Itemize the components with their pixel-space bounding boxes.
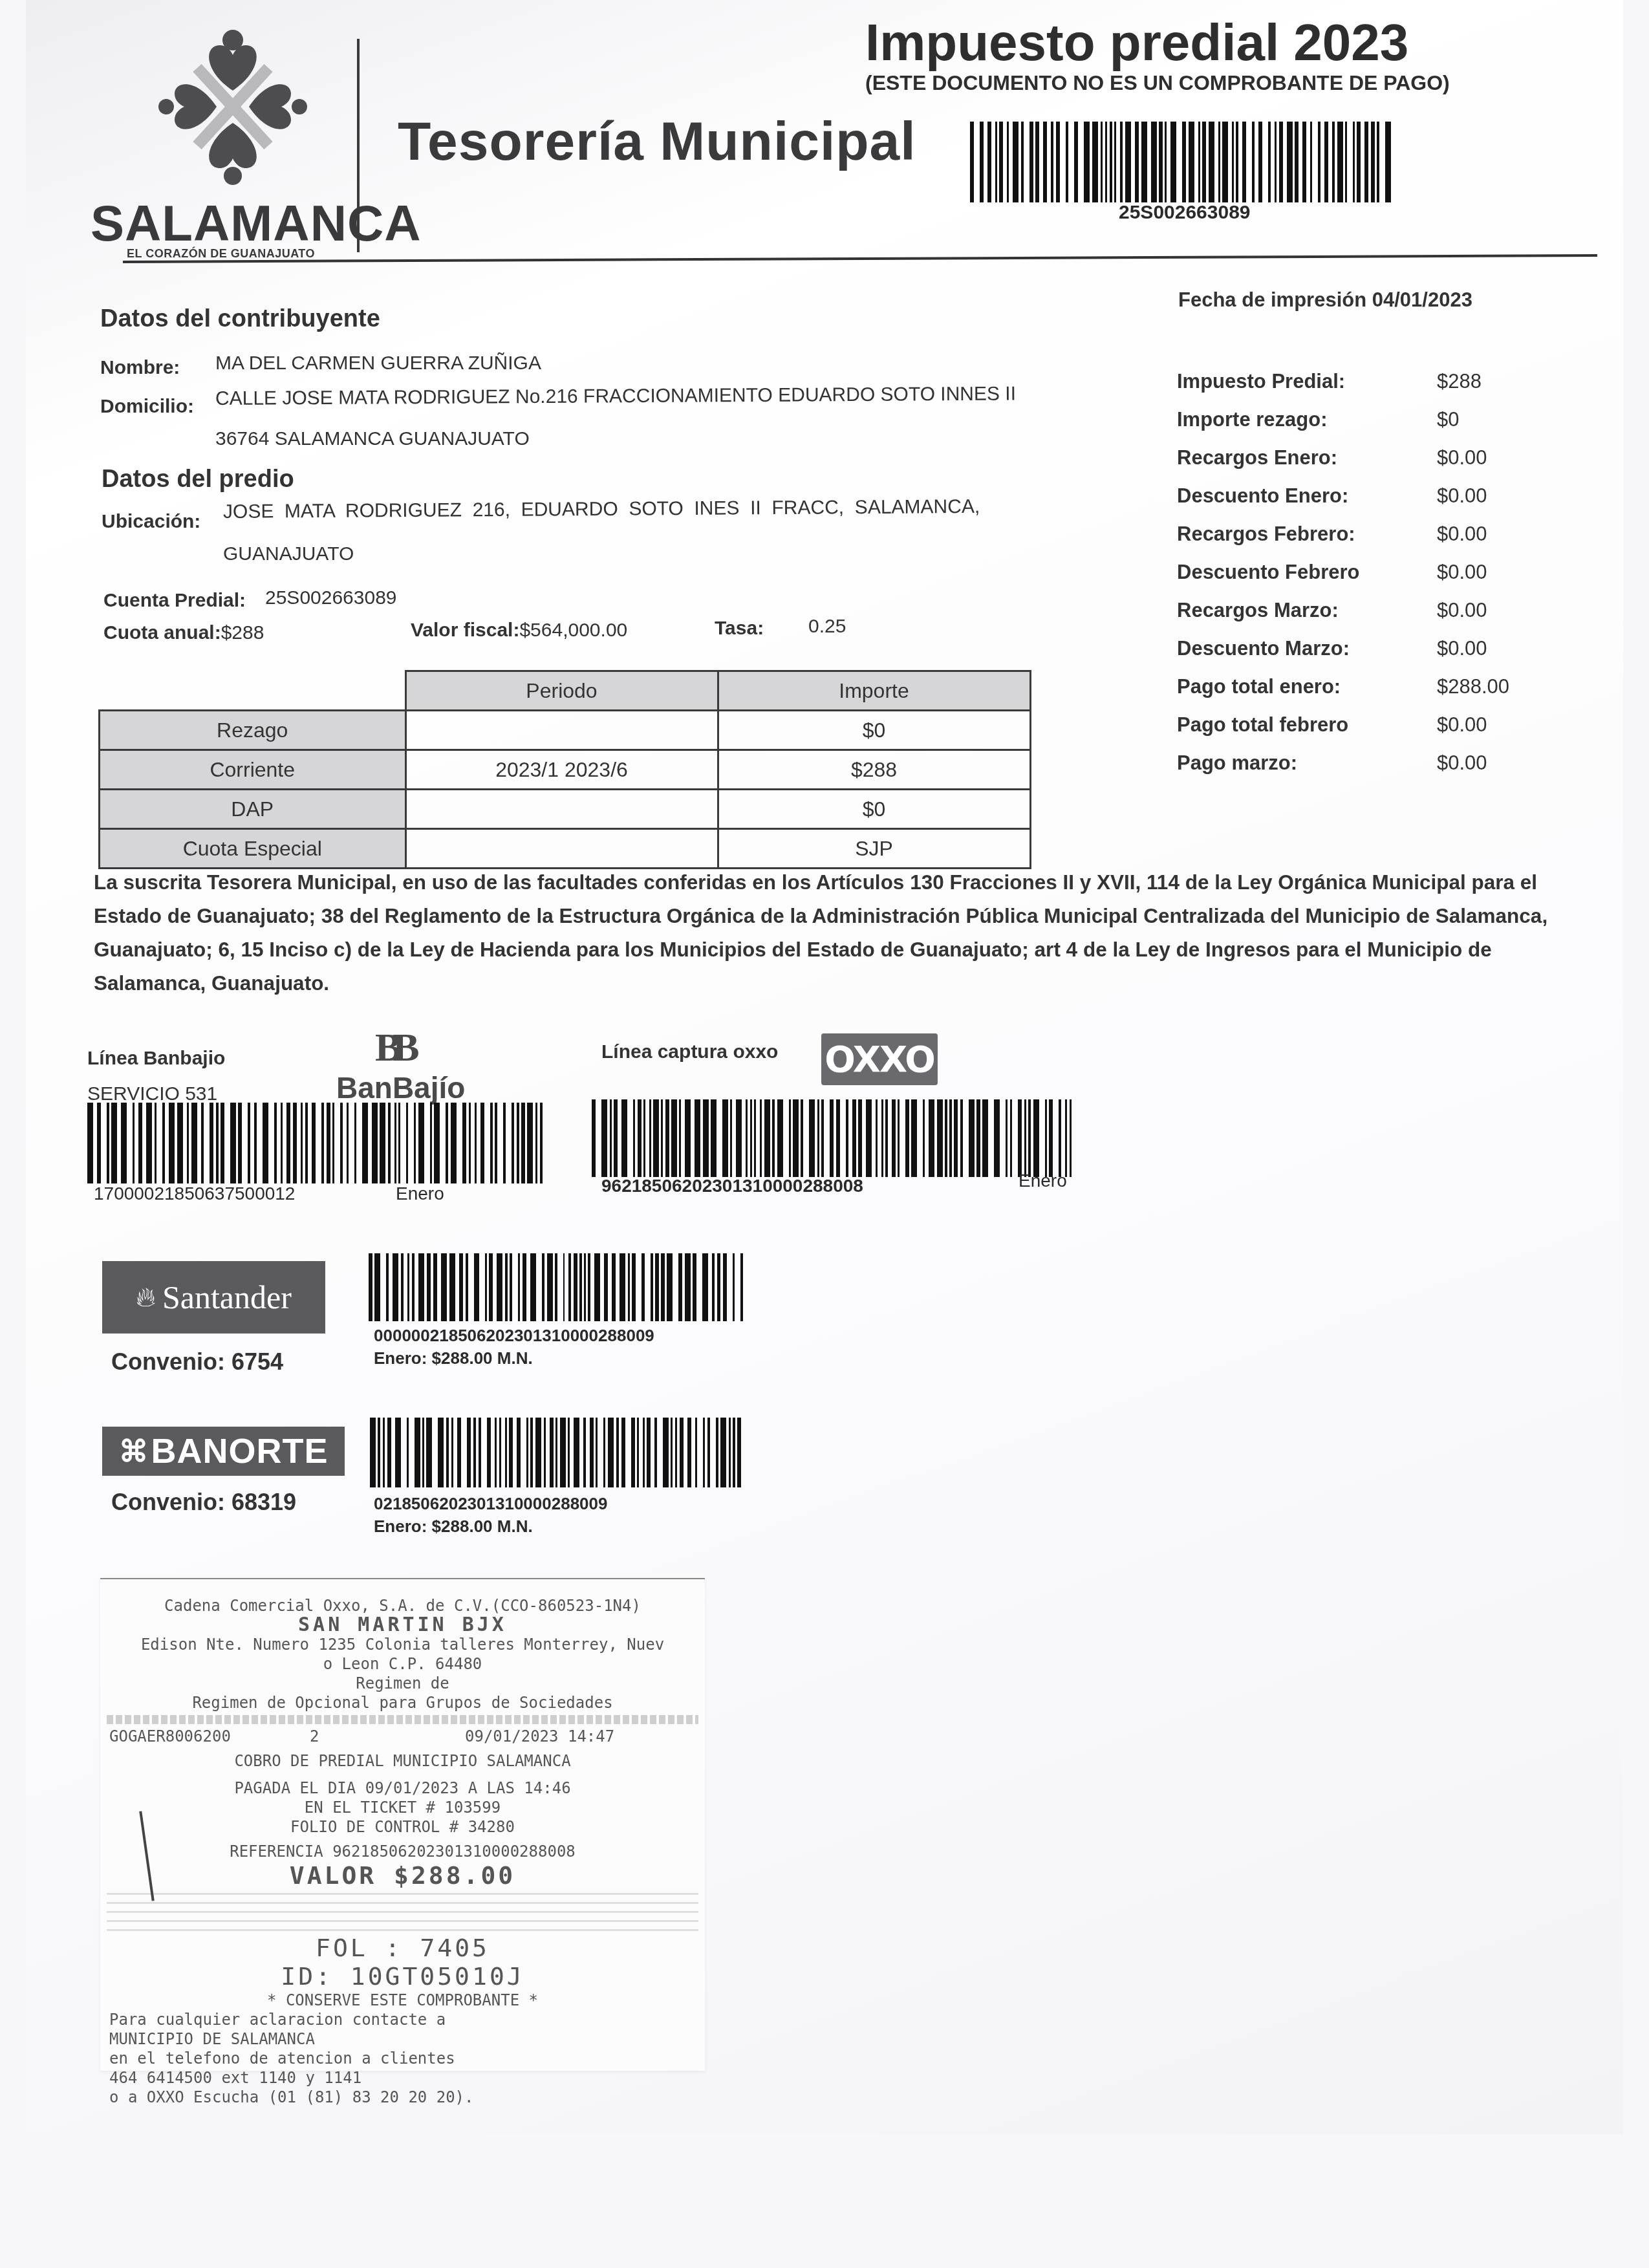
page-subtitle: (ESTE DOCUMENTO NO ES UN COMPROBANTE DE … <box>865 71 1450 95</box>
receipt-fol: FOL : 7405 <box>100 1934 705 1962</box>
nombre-label: Nombre: <box>100 357 180 379</box>
receipt-keep-notice: * CONSERVE ESTE COMPROBANTE * <box>100 1991 705 2010</box>
row-periodo <box>405 711 718 750</box>
santander-logo: 🔥︎ Santander <box>102 1261 325 1334</box>
row-concepto: DAP <box>100 790 406 829</box>
summary-value: $0.00 <box>1437 713 1487 737</box>
summary-value: $0.00 <box>1437 484 1487 508</box>
summary-label: Pago marzo: <box>1177 751 1437 775</box>
summary-value: $0 <box>1437 408 1459 431</box>
summary-label: Pago total febrero <box>1177 713 1437 737</box>
santander-amount: Enero: $288.00 M.N. <box>374 1348 533 1368</box>
row-importe: $0 <box>718 711 1030 750</box>
summary-value: $0.00 <box>1437 446 1487 470</box>
summary-row: Impuesto Predial:$288 <box>1177 362 1578 400</box>
receipt-register: 2 <box>310 1727 465 1746</box>
summary-row: Descuento Febrero$0.00 <box>1177 553 1578 591</box>
banorte-logo: ⌘ BANORTE <box>102 1427 345 1476</box>
oxxo-reference: 9621850620230131000028800​8 <box>601 1176 863 1196</box>
column-header-periodo: Periodo <box>405 671 718 711</box>
summary-row: Recargos Enero:$0.00 <box>1177 438 1578 477</box>
banorte-logo-text: BANORTE <box>151 1431 329 1471</box>
summary-label: Recargos Enero: <box>1177 446 1437 470</box>
ubicacion-label: Ubicación: <box>102 511 200 533</box>
santander-flame-icon: 🔥︎ <box>136 1282 156 1313</box>
santander-barcode <box>369 1253 747 1321</box>
receipt-paid-at: PAGADA EL DIA 09/01/2023 A LAS 14:46 <box>100 1778 705 1798</box>
row-importe: $0 <box>718 790 1030 829</box>
banorte-logo-icon: ⌘ <box>119 1434 149 1469</box>
summary-label: Recargos Febrero: <box>1177 523 1437 546</box>
summary-value: $0.00 <box>1437 751 1487 775</box>
receipt-reference: REFERENCIA 96218506202301310000288008 <box>100 1842 705 1861</box>
department-name: Tesorería Municipal <box>398 110 916 173</box>
summary-row: Descuento Enero:$0.00 <box>1177 477 1578 515</box>
receipt-contact-3: en el telefono de atencion a clientes <box>109 2049 705 2068</box>
summary-label: Importe rezago: <box>1177 408 1437 431</box>
receipt-address-1: Edison Nte. Numero 1235 Colonia talleres… <box>100 1635 705 1654</box>
banorte-reference: 0218506202301310000288009 <box>374 1494 608 1514</box>
row-periodo <box>405 829 718 869</box>
banbajio-barcode <box>87 1103 546 1183</box>
salamanca-logo-icon <box>158 26 307 188</box>
banorte-barcode <box>370 1418 745 1487</box>
banbajio-label: Línea Banbajio <box>87 1048 225 1070</box>
tasa-value: 0.25 <box>808 616 846 638</box>
table-row: DAP$0 <box>100 790 1031 829</box>
receipt-separator <box>107 1715 698 1724</box>
banbajio-logo-text: BanBajío <box>336 1070 465 1105</box>
oxxo-label: Línea captura oxxo <box>601 1041 778 1063</box>
summary-row: Descuento Marzo:$0.00 <box>1177 629 1578 667</box>
row-concepto: Cuota Especial <box>100 829 406 869</box>
cuenta-predial-value: 25S002663089 <box>265 587 397 609</box>
receipt-contact-4: 464 6414500 ext 1140 y 1141 <box>109 2068 705 2088</box>
legal-text: La suscrita Tesorera Municipal, en uso d… <box>94 865 1600 1000</box>
oxxo-barcode <box>592 1099 1080 1177</box>
summary-value: $0.00 <box>1437 523 1487 546</box>
santander-logo-text: Santander <box>162 1279 292 1316</box>
print-date: Fecha de impresión 04/01/2023 <box>1178 288 1472 312</box>
tax-summary: Impuesto Predial:$288Importe rezago:$0Re… <box>1177 362 1578 782</box>
brand-tagline: EL CORAZÓN DE GUANAJUATO <box>127 247 315 261</box>
receipt-datetime: 09/01/2023 14:47 <box>465 1727 614 1746</box>
banbajio-service: SERVICIO 531 <box>87 1083 217 1105</box>
receipt-amount: VALOR $288.00 <box>100 1861 705 1890</box>
cuota-label-text: Cuota anual: <box>103 622 221 643</box>
summary-row: Pago marzo:$0.00 <box>1177 744 1578 782</box>
banorte-amount: Enero: $288.00 M.N. <box>374 1517 533 1537</box>
table-row: Corriente2023/1 2023/6$288 <box>100 750 1031 790</box>
section-title-predio: Datos del predio <box>102 466 294 493</box>
summary-row: Recargos Marzo:$0.00 <box>1177 591 1578 629</box>
banorte-convenio: Convenio: 68319 <box>111 1489 296 1516</box>
summary-value: $0.00 <box>1437 637 1487 660</box>
account-barcode-text: 25S002663089 <box>1119 202 1251 224</box>
table-corner <box>100 671 406 711</box>
oxxo-logo-icon: OXXO <box>821 1033 938 1085</box>
banbajio-month: Enero <box>396 1183 444 1204</box>
row-concepto: Rezago <box>100 711 406 750</box>
summary-label: Impuesto Predial: <box>1177 370 1437 393</box>
summary-value: $0.00 <box>1437 561 1487 584</box>
receipt-separator-dotted <box>107 1892 698 1931</box>
column-header-importe: Importe <box>718 671 1030 711</box>
oxxo-receipt: Cadena Comercial Oxxo, S.A. de C.V.(CCO-… <box>100 1578 705 2071</box>
receipt-id: ID: 10GT05010J <box>100 1962 705 1991</box>
valor-fiscal-value: $564,000.00 <box>519 620 627 641</box>
nombre-value: MA DEL CARMEN GUERRA ZUÑIGA <box>215 352 541 374</box>
oxxo-logo-text: OXXO <box>824 1039 934 1081</box>
cuota-value: $288 <box>221 622 264 643</box>
row-importe: $288 <box>718 750 1030 790</box>
summary-label: Descuento Febrero <box>1177 561 1437 584</box>
summary-row: Importe rezago:$0 <box>1177 400 1578 438</box>
account-barcode <box>970 122 1397 202</box>
page-title: Impuesto predial 2023 <box>865 13 1408 72</box>
section-title-contribuyente: Datos del contribuyente <box>100 305 380 333</box>
summary-label: Descuento Marzo: <box>1177 637 1437 660</box>
ubicacion-line2: GUANAJUATO <box>223 543 354 565</box>
brand-name: SALAMANCA <box>91 194 422 253</box>
summary-row: Pago total febrero$0.00 <box>1177 706 1578 744</box>
summary-label: Recargos Marzo: <box>1177 599 1437 622</box>
summary-label: Descuento Enero: <box>1177 484 1437 508</box>
cuota-anual-label: Cuota anual:$288 <box>103 622 264 644</box>
receipt-contact-5: o a OXXO Escucha (01 (81) 83 20 20 20). <box>109 2088 705 2107</box>
santander-reference: 000000218506202301310000288009 <box>374 1326 654 1346</box>
summary-row: Recargos Febrero:$0.00 <box>1177 515 1578 553</box>
domicilio-label: Domicilio: <box>100 396 194 418</box>
row-periodo <box>405 790 718 829</box>
table-header-row: PeriodoImporte <box>100 671 1031 711</box>
receipt-concept: COBRO DE PREDIAL MUNICIPIO SALAMANCA <box>100 1751 705 1771</box>
summary-value: $0.00 <box>1437 599 1487 622</box>
receipt-contact-2: MUNICIPIO DE SALAMANCA <box>109 2029 705 2049</box>
oxxo-month: Enero <box>1018 1171 1067 1191</box>
table-row: Rezago$0 <box>100 711 1031 750</box>
banbajio-logo-icon: BB <box>375 1025 411 1071</box>
santander-convenio: Convenio: 6754 <box>111 1348 283 1376</box>
header-divider <box>357 39 360 252</box>
summary-row: Pago total enero:$288.00 <box>1177 667 1578 706</box>
cuenta-predial-label: Cuenta Predial: <box>103 590 246 612</box>
receipt-regime-2: Regimen de Opcional para Grupos de Socie… <box>100 1693 705 1712</box>
domicilio-line2: 36764 SALAMANCA GUANAJUATO <box>215 428 530 450</box>
row-concepto: Corriente <box>100 750 406 790</box>
receipt-store: SAN MARTIN BJX <box>100 1615 705 1635</box>
valor-fiscal: Valor fiscal:$564,000.00 <box>411 620 627 642</box>
table-row: Cuota EspecialSJP <box>100 829 1031 869</box>
receipt-company: Cadena Comercial Oxxo, S.A. de C.V.(CCO-… <box>100 1596 705 1615</box>
receipt-ticket: EN EL TICKET # 103599 <box>100 1798 705 1817</box>
receipt-cashier: GOGAER8006200 <box>109 1727 310 1746</box>
periodo-table: PeriodoImporteRezago$0Corriente2023/1 20… <box>98 670 1031 869</box>
row-periodo: 2023/1 2023/6 <box>405 750 718 790</box>
summary-label: Pago total enero: <box>1177 675 1437 698</box>
summary-value: $288 <box>1437 370 1482 393</box>
receipt-folio-control: FOLIO DE CONTROL # 34280 <box>100 1817 705 1837</box>
banbajio-reference: 17000021850637500012 <box>94 1183 295 1204</box>
valor-fiscal-label: Valor fiscal: <box>411 620 519 641</box>
receipt-regime-1: Regimen de <box>100 1674 705 1693</box>
receipt-meta-row: GOGAER8006200 2 09/01/2023 14:47 <box>100 1727 705 1746</box>
summary-value: $288.00 <box>1437 675 1509 698</box>
tasa-label: Tasa: <box>715 618 764 640</box>
receipt-address-2: o Leon C.P. 64480 <box>100 1654 705 1674</box>
row-importe: SJP <box>718 829 1030 869</box>
receipt-contact-1: Para cualquier aclaracion contacte a <box>109 2010 705 2029</box>
